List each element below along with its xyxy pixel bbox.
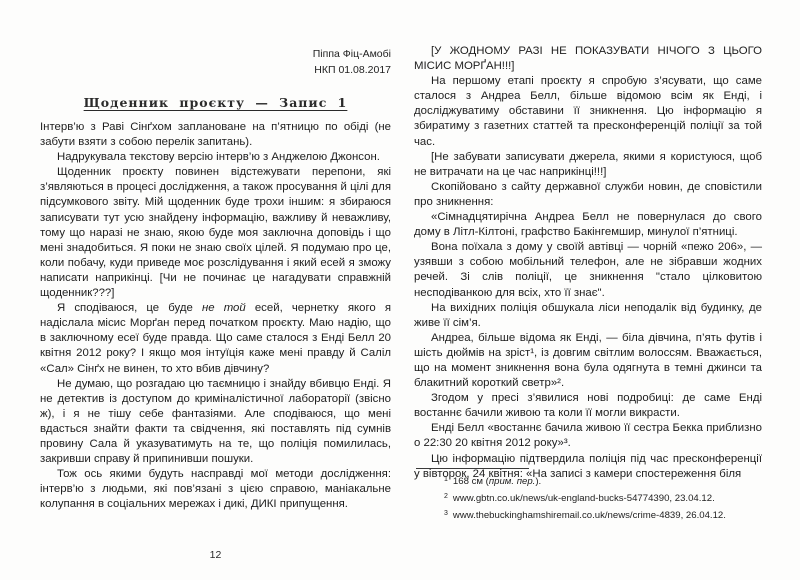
text-segment: ). [535, 476, 541, 487]
text-segment: Надрукувала текстову версію інтерв’ю з А… [57, 151, 380, 163]
footnote: 1168 см (прим. пер.). [414, 474, 762, 491]
paragraph: Надрукувала текстову версію інтерв’ю з А… [40, 150, 391, 165]
text-segment: Я сподіваюся, це буде [57, 302, 202, 314]
author-name: Піппа Фіц-Амобі [40, 46, 391, 62]
page-number-left: 12 [40, 549, 391, 561]
entry-heading-text: Щоденник проєкту — Запис 1 [84, 95, 348, 110]
paragraph: Я сподіваюся, це буде не той есей, черне… [40, 301, 391, 376]
page-right: [У ЖОДНОМУ РАЗІ НЕ ПОКАЗУВАТИ НІЧОГО З Ц… [400, 0, 800, 580]
paragraph: Вона поїхала з дому у своїй автівці — чо… [414, 240, 762, 300]
paragraph: На вихідних поліція обшукала ліси непода… [414, 301, 762, 331]
left-page-body: Інтерв’ю з Раві Сінґхом заплановане на п… [40, 120, 391, 512]
left-page-content: Піппа Фіц-Амобі НКП 01.08.2017 Щоденник … [40, 46, 391, 512]
text-segment: не той [202, 302, 246, 314]
book-spread: Піппа Фіц-Амобі НКП 01.08.2017 Щоденник … [0, 0, 800, 580]
right-page-body: [У ЖОДНОМУ РАЗІ НЕ ПОКАЗУВАТИ НІЧОГО З Ц… [414, 44, 762, 482]
page-header: Піппа Фіц-Амобі НКП 01.08.2017 [40, 46, 391, 78]
text-segment: 168 см ( [453, 476, 489, 487]
header-code-date: НКП 01.08.2017 [40, 62, 391, 78]
text-segment: Енді Белл «востаннє бачила живою її сест… [414, 422, 762, 449]
paragraph: Інтерв’ю з Раві Сінґхом заплановане на п… [40, 120, 391, 150]
text-segment: Інтерв’ю з Раві Сінґхом заплановане на п… [40, 121, 391, 148]
paragraph: [У ЖОДНОМУ РАЗІ НЕ ПОКАЗУВАТИ НІЧОГО З Ц… [414, 44, 762, 74]
paragraph: Скопійовано з сайту державної служби нов… [414, 180, 762, 210]
text-segment: Андреа, більше відома як Енді, — біла ді… [414, 332, 762, 389]
footnote-divider [416, 468, 529, 469]
text-segment: Згодом у пресі з’явилися нові подробиці:… [414, 392, 762, 419]
paragraph: Щоденник проєкту повинен відстежувати пе… [40, 165, 391, 301]
text-segment: Не думаю, що розгадаю цю таємницю і знай… [40, 378, 391, 465]
paragraph: [Не забувати записувати джерела, якими я… [414, 150, 762, 180]
paragraph: Тож ось якими будуть насправді мої метод… [40, 467, 391, 512]
right-page-content: [У ЖОДНОМУ РАЗІ НЕ ПОКАЗУВАТИ НІЧОГО З Ц… [414, 44, 762, 482]
text-segment: Тож ось якими будуть насправді мої метод… [40, 468, 391, 510]
entry-heading: Щоденник проєкту — Запис 1 [40, 95, 391, 110]
paragraph: Андреа, більше відома як Енді, — біла ді… [414, 331, 762, 391]
footnotes-block: 1168 см (прим. пер.).2www.gbtn.co.uk/new… [414, 468, 762, 524]
text-segment: прим. пер. [489, 476, 535, 487]
footnote-marker: 1 [444, 472, 448, 488]
text-segment: www.thebuckinghamshiremail.co.uk/news/cr… [453, 510, 726, 521]
text-segment: Вона поїхала з дому у своїй автівці — чо… [414, 241, 762, 298]
footnote-marker: 2 [444, 489, 448, 505]
page-left: Піппа Фіц-Амобі НКП 01.08.2017 Щоденник … [0, 0, 400, 580]
paragraph: Згодом у пресі з’явилися нові подробиці:… [414, 391, 762, 421]
text-segment: [Не забувати записувати джерела, якими я… [414, 151, 762, 178]
text-segment: Щоденник проєкту повинен відстежувати пе… [40, 166, 391, 299]
footnote-marker: 3 [444, 506, 448, 522]
footnote: 2www.gbtn.co.uk/news/uk-england-bucks-54… [414, 491, 762, 508]
paragraph: «Сімнадцятирічна Андреа Белл не повернул… [414, 210, 762, 240]
text-segment: [У ЖОДНОМУ РАЗІ НЕ ПОКАЗУВАТИ НІЧОГО З Ц… [414, 45, 762, 72]
text-segment: «Сімнадцятирічна Андреа Белл не повернул… [414, 211, 762, 238]
footnote: 3www.thebuckinghamshiremail.co.uk/news/c… [414, 508, 762, 525]
paragraph: На першому етапі проєкту я спробую з’ясу… [414, 74, 762, 149]
paragraph: Не думаю, що розгадаю цю таємницю і знай… [40, 377, 391, 468]
text-segment: На вихідних поліція обшукала ліси непода… [414, 302, 762, 329]
text-segment: Скопійовано з сайту державної служби нов… [414, 181, 762, 208]
paragraph: Енді Белл «востаннє бачила живою її сест… [414, 421, 762, 451]
text-segment: www.gbtn.co.uk/news/uk-england-bucks-547… [453, 493, 715, 504]
text-segment: На першому етапі проєкту я спробую з’ясу… [414, 75, 762, 147]
footnote-list: 1168 см (прим. пер.).2www.gbtn.co.uk/new… [414, 474, 762, 524]
